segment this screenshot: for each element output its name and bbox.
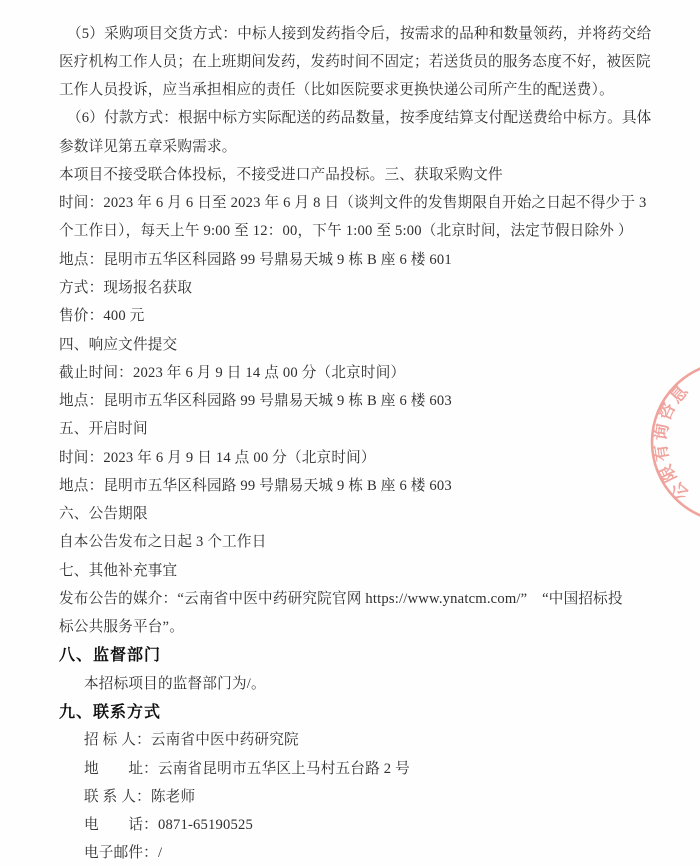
obtain-docs-price: 售价：400 元 bbox=[59, 301, 660, 329]
document-page: （5）采购项目交货方式：中标人接到发药指令后，按需求的品种和数量领药，并将药交给… bbox=[0, 0, 700, 866]
obtain-docs-location: 地点：昆明市五华区科园路 99 号鼎易天城 9 栋 B 座 6 楼 601 bbox=[59, 244, 660, 272]
section4-heading-response-submission: 四、响应文件提交 bbox=[59, 329, 660, 357]
obtain-docs-method: 方式：现场报名获取 bbox=[59, 272, 660, 300]
section6-heading-announcement-period: 六、公告期限 bbox=[59, 499, 660, 527]
opening-location: 地点：昆明市五华区科园路 99 号鼎易天城 9 栋 B 座 6 楼 603 bbox=[59, 470, 660, 498]
submission-deadline: 截止时间：2023 年 6 月 9 日 14 点 00 分（北京时间） bbox=[59, 357, 660, 385]
submission-location: 地点：昆明市五华区科园路 99 号鼎易天城 9 栋 B 座 6 楼 603 bbox=[59, 385, 660, 413]
para-payment-method-line2: 参数详见第五章采购需求。 bbox=[59, 131, 660, 159]
publish-media-line1: 发布公告的媒介：“云南省中医中药研究院官网 https://www.ynatcm… bbox=[59, 583, 660, 611]
section7-heading-other-matters: 七、其他补充事宜 bbox=[59, 555, 660, 583]
contact-person: 联 系 人：陈老师 bbox=[59, 781, 660, 809]
para-payment-method-line1: （6）付款方式：根据中标方实际配送的药品数量，按季度结算支付配送费给中标方。具体 bbox=[59, 103, 660, 131]
contact-tenderer: 招 标 人：云南省中医中药研究院 bbox=[59, 725, 660, 753]
para-delivery-method-line2: 医疗机构工作人员；在上班期间发药，发药时间不固定；若送货员的服务态度不好，被医院 bbox=[59, 46, 660, 74]
contact-phone: 电 话：0871-65190525 bbox=[59, 809, 660, 837]
seal-char-icon: 公 bbox=[667, 478, 692, 503]
para-no-consortium-and-section3-heading: 本项目不接受联合体投标，不接受进口产品投标。三、获取采购文件 bbox=[59, 159, 660, 187]
obtain-docs-time-line1: 时间：2023 年 6 月 6 日至 2023 年 6 月 8 日（谈判文件的发… bbox=[59, 188, 660, 216]
section5-heading-opening-time: 五、开启时间 bbox=[59, 414, 660, 442]
contact-address: 地 址：云南省昆明市五华区上马村五台路 2 号 bbox=[59, 753, 660, 781]
supervision-dept-text: 本招标项目的监督部门为/。 bbox=[59, 668, 660, 696]
para-delivery-method-line3: 工作人员投诉，应当承担相应的责任（比如医院要求更换快递公司所产生的配送费）。 bbox=[59, 75, 660, 103]
seal-char-icon: 息 bbox=[665, 380, 692, 407]
para-delivery-method-line1: （5）采购项目交货方式：中标人接到发药指令后，按需求的品种和数量领药，并将药交给 bbox=[59, 18, 660, 46]
opening-time: 时间：2023 年 6 月 9 日 14 点 00 分（北京时间） bbox=[59, 442, 660, 470]
obtain-docs-time-line2: 个工作日），每天上午 9:00 至 12：00，下午 1:00 至 5:00（北… bbox=[59, 216, 660, 244]
announcement-period-text: 自本公告发布之日起 3 个工作日 bbox=[59, 527, 660, 555]
section8-heading-supervision-dept: 八、监督部门 bbox=[59, 640, 660, 668]
publish-media-line2: 标公共服务平台”。 bbox=[59, 612, 660, 640]
section9-heading-contact-info: 九、联系方式 bbox=[59, 696, 660, 724]
contact-email: 电子邮件：/ bbox=[59, 838, 660, 866]
